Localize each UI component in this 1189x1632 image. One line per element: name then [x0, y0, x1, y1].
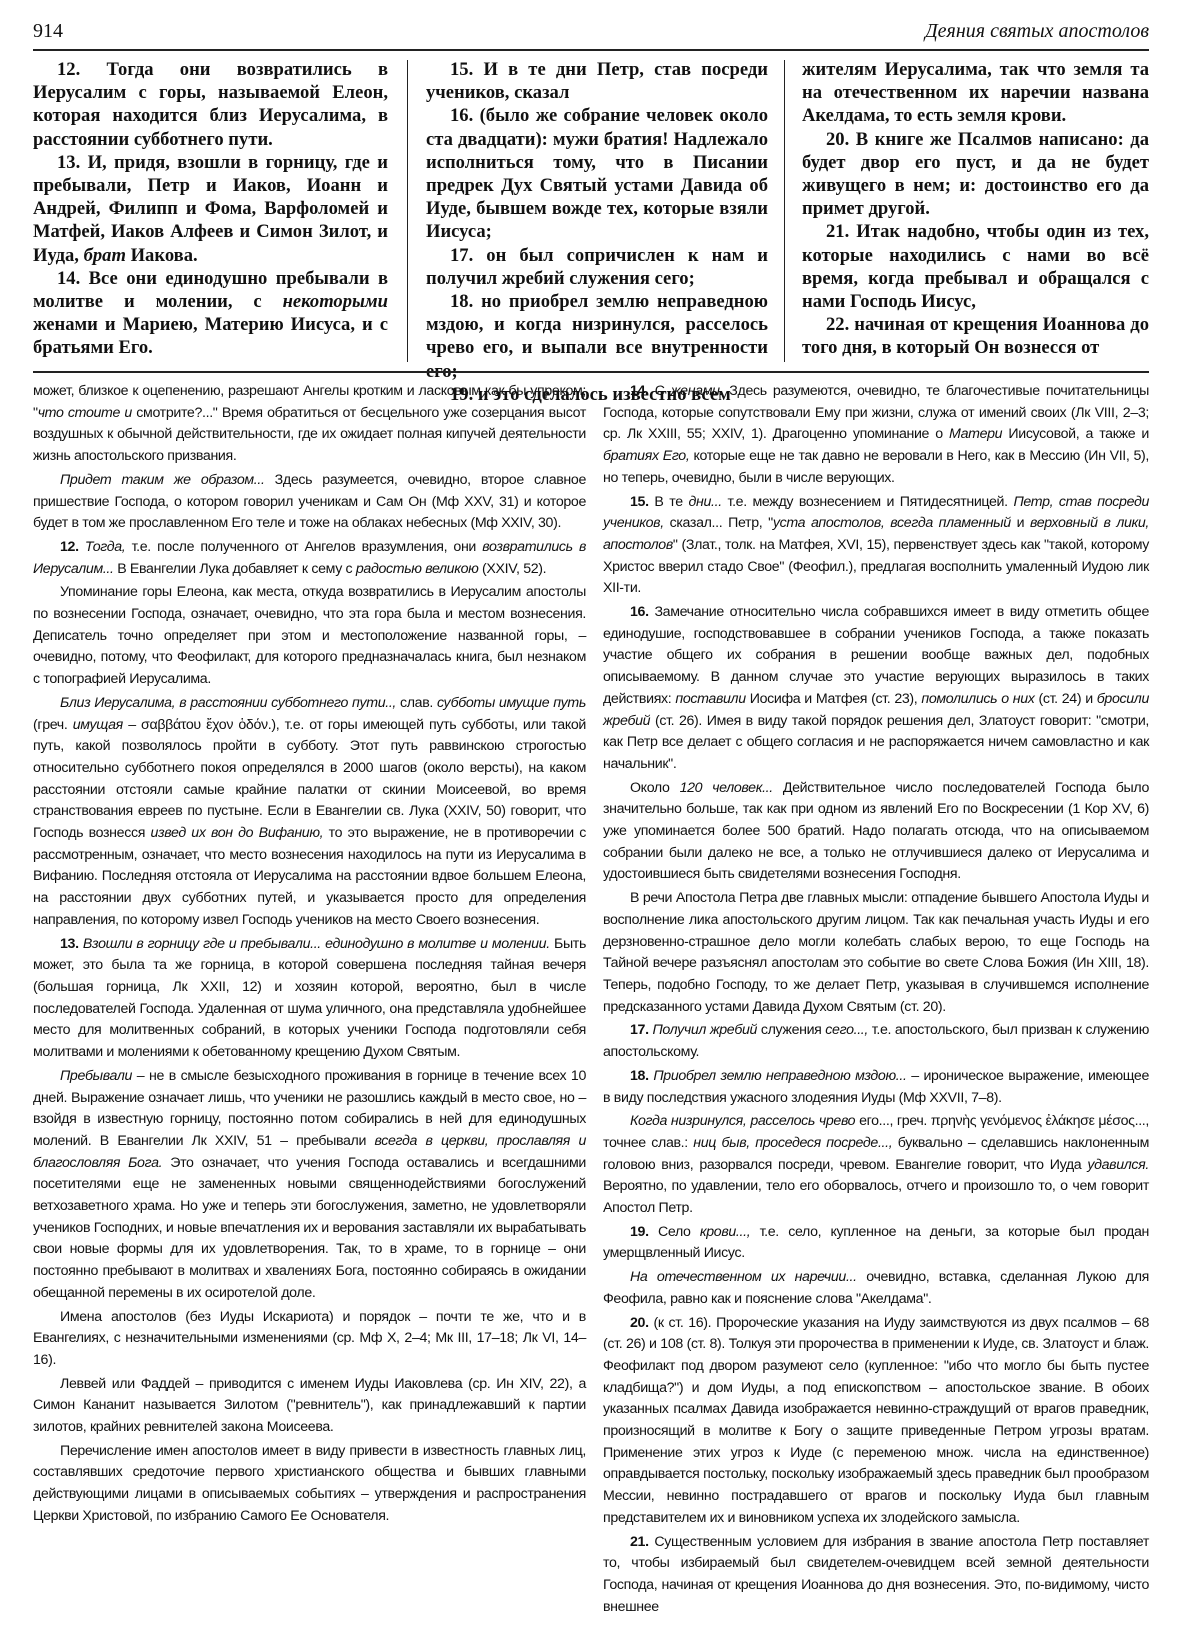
verse-number: 21.: [826, 221, 856, 242]
commentary-paragraph: Пребывали – не в смысле безысходного про…: [33, 1066, 586, 1305]
commentary-paragraph: 12. Тогда, т.е. после полученного от Анг…: [33, 537, 586, 580]
page-number: 914: [33, 20, 63, 43]
commentary-paragraph: В речи Апостола Петра две главных мысли:…: [603, 888, 1149, 1018]
verse-text: жителям Иерусалима, так что земля та на …: [802, 59, 1149, 126]
book-title: Деяния святых апостолов: [925, 20, 1149, 43]
scripture-column-1: 12. Тогда они возвратились в Иерусалим с…: [33, 58, 388, 360]
scripture-column-3: жителям Иерусалима, так что земля та на …: [802, 58, 1149, 360]
verse-italic: некоторыми: [283, 291, 388, 312]
verse-number: 16.: [450, 105, 480, 126]
scripture-verse: 16. (было же собрание человек около ста …: [426, 104, 768, 243]
column-divider: [784, 60, 785, 362]
scripture-verse: 17. он был сопричислен к нам и получил ж…: [426, 244, 768, 290]
verse-number: 22.: [826, 314, 854, 335]
commentary-paragraph: Около 120 человек... Действительное числ…: [603, 778, 1149, 887]
verse-number: 15.: [450, 59, 483, 80]
book-page: 914 Деяния святых апостолов 12. Тогда он…: [0, 0, 1189, 1632]
commentary-paragraph: 16. Замечание относительно числа собравш…: [603, 602, 1149, 776]
verse-number: 14.: [57, 268, 89, 289]
commentary-paragraph: Упоминание горы Елеона, как места, откуд…: [33, 582, 586, 691]
running-head: 914 Деяния святых апостолов: [33, 14, 1149, 48]
scripture-verse: 15. И в те дни Петр, став посреди ученик…: [426, 58, 768, 104]
commentary-paragraph: Близ Иерусалима, в расстоянии субботнего…: [33, 693, 586, 932]
scripture-verse: 22. начиная от крещения Иоаннова до того…: [802, 313, 1149, 359]
commentary-paragraph: Когда низринулся, расселось чрево его...…: [603, 1111, 1149, 1220]
commentary-column-left: может, близкое к оцепенению, разрешают А…: [33, 381, 586, 1530]
commentary-paragraph: На отечественном их наречии... очевидно,…: [603, 1267, 1149, 1310]
scripture-verse: 12. Тогда они возвратились в Иерусалим с…: [33, 58, 388, 151]
commentary-paragraph: 14. С женами. Здесь разумеются, очевидно…: [603, 381, 1149, 490]
verse-text: начиная от крещения Иоаннова до того дня…: [802, 314, 1149, 358]
scripture-column-2: 15. И в те дни Петр, став посреди ученик…: [426, 58, 768, 406]
commentary-paragraph: 21. Существенным условием для избрания в…: [603, 1532, 1149, 1619]
verse-italic: брат: [84, 245, 126, 266]
verse-number: 12.: [57, 59, 106, 80]
scripture-verse: 21. Итак надобно, чтобы один из тех, кот…: [802, 220, 1149, 313]
scripture-verse: 20. В книге же Псалмов написано: да буде…: [802, 128, 1149, 221]
scripture-verse: 14. Все они единодушно пребывали в молит…: [33, 267, 388, 360]
commentary-column-right: 14. С женами. Здесь разумеются, очевидно…: [603, 381, 1149, 1620]
scripture-verse: жителям Иерусалима, так что земля та на …: [802, 58, 1149, 128]
scripture-verse: 18. но приобрел землю неправедною мздою,…: [426, 290, 768, 383]
commentary-paragraph: Леввей или Фаддей – приводится с именем …: [33, 1374, 586, 1439]
commentary-paragraph: 19. Село крови..., т.е. село, купленное …: [603, 1222, 1149, 1265]
verse-number: 20.: [826, 129, 856, 150]
scripture-commentary-rule: [33, 371, 1149, 373]
commentary-paragraph: Имена апостолов (без Иуды Искариота) и п…: [33, 1307, 586, 1372]
header-rule: [33, 49, 1149, 51]
scripture-text: 12. Тогда они возвратились в Иерусалим с…: [33, 58, 1149, 368]
verse-number: 17.: [450, 245, 486, 266]
verse-number: 18.: [450, 291, 481, 312]
column-divider: [407, 60, 408, 362]
commentary-paragraph: 20. (к ст. 16). Пророческие указания на …: [603, 1313, 1149, 1530]
commentary-paragraph: Перечисление имен апостолов имеет в виду…: [33, 1441, 586, 1528]
commentary-paragraph: Придет таким же образом... Здесь разумее…: [33, 470, 586, 535]
scripture-verse: 13. И, придя, взошли в горницу, где и пр…: [33, 151, 388, 267]
commentary-paragraph: 17. Получил жребий служения сего..., т.е…: [603, 1020, 1149, 1063]
verse-number: 13.: [57, 152, 88, 173]
commentary-paragraph: 18. Приобрел землю неправедною мздою... …: [603, 1066, 1149, 1109]
commentary-paragraph: может, близкое к оцепенению, разрешают А…: [33, 381, 586, 468]
commentary-paragraph: 13. Взошли в горницу где и пребывали... …: [33, 934, 586, 1064]
commentary-paragraph: 15. В те дни... т.е. между вознесением и…: [603, 492, 1149, 601]
